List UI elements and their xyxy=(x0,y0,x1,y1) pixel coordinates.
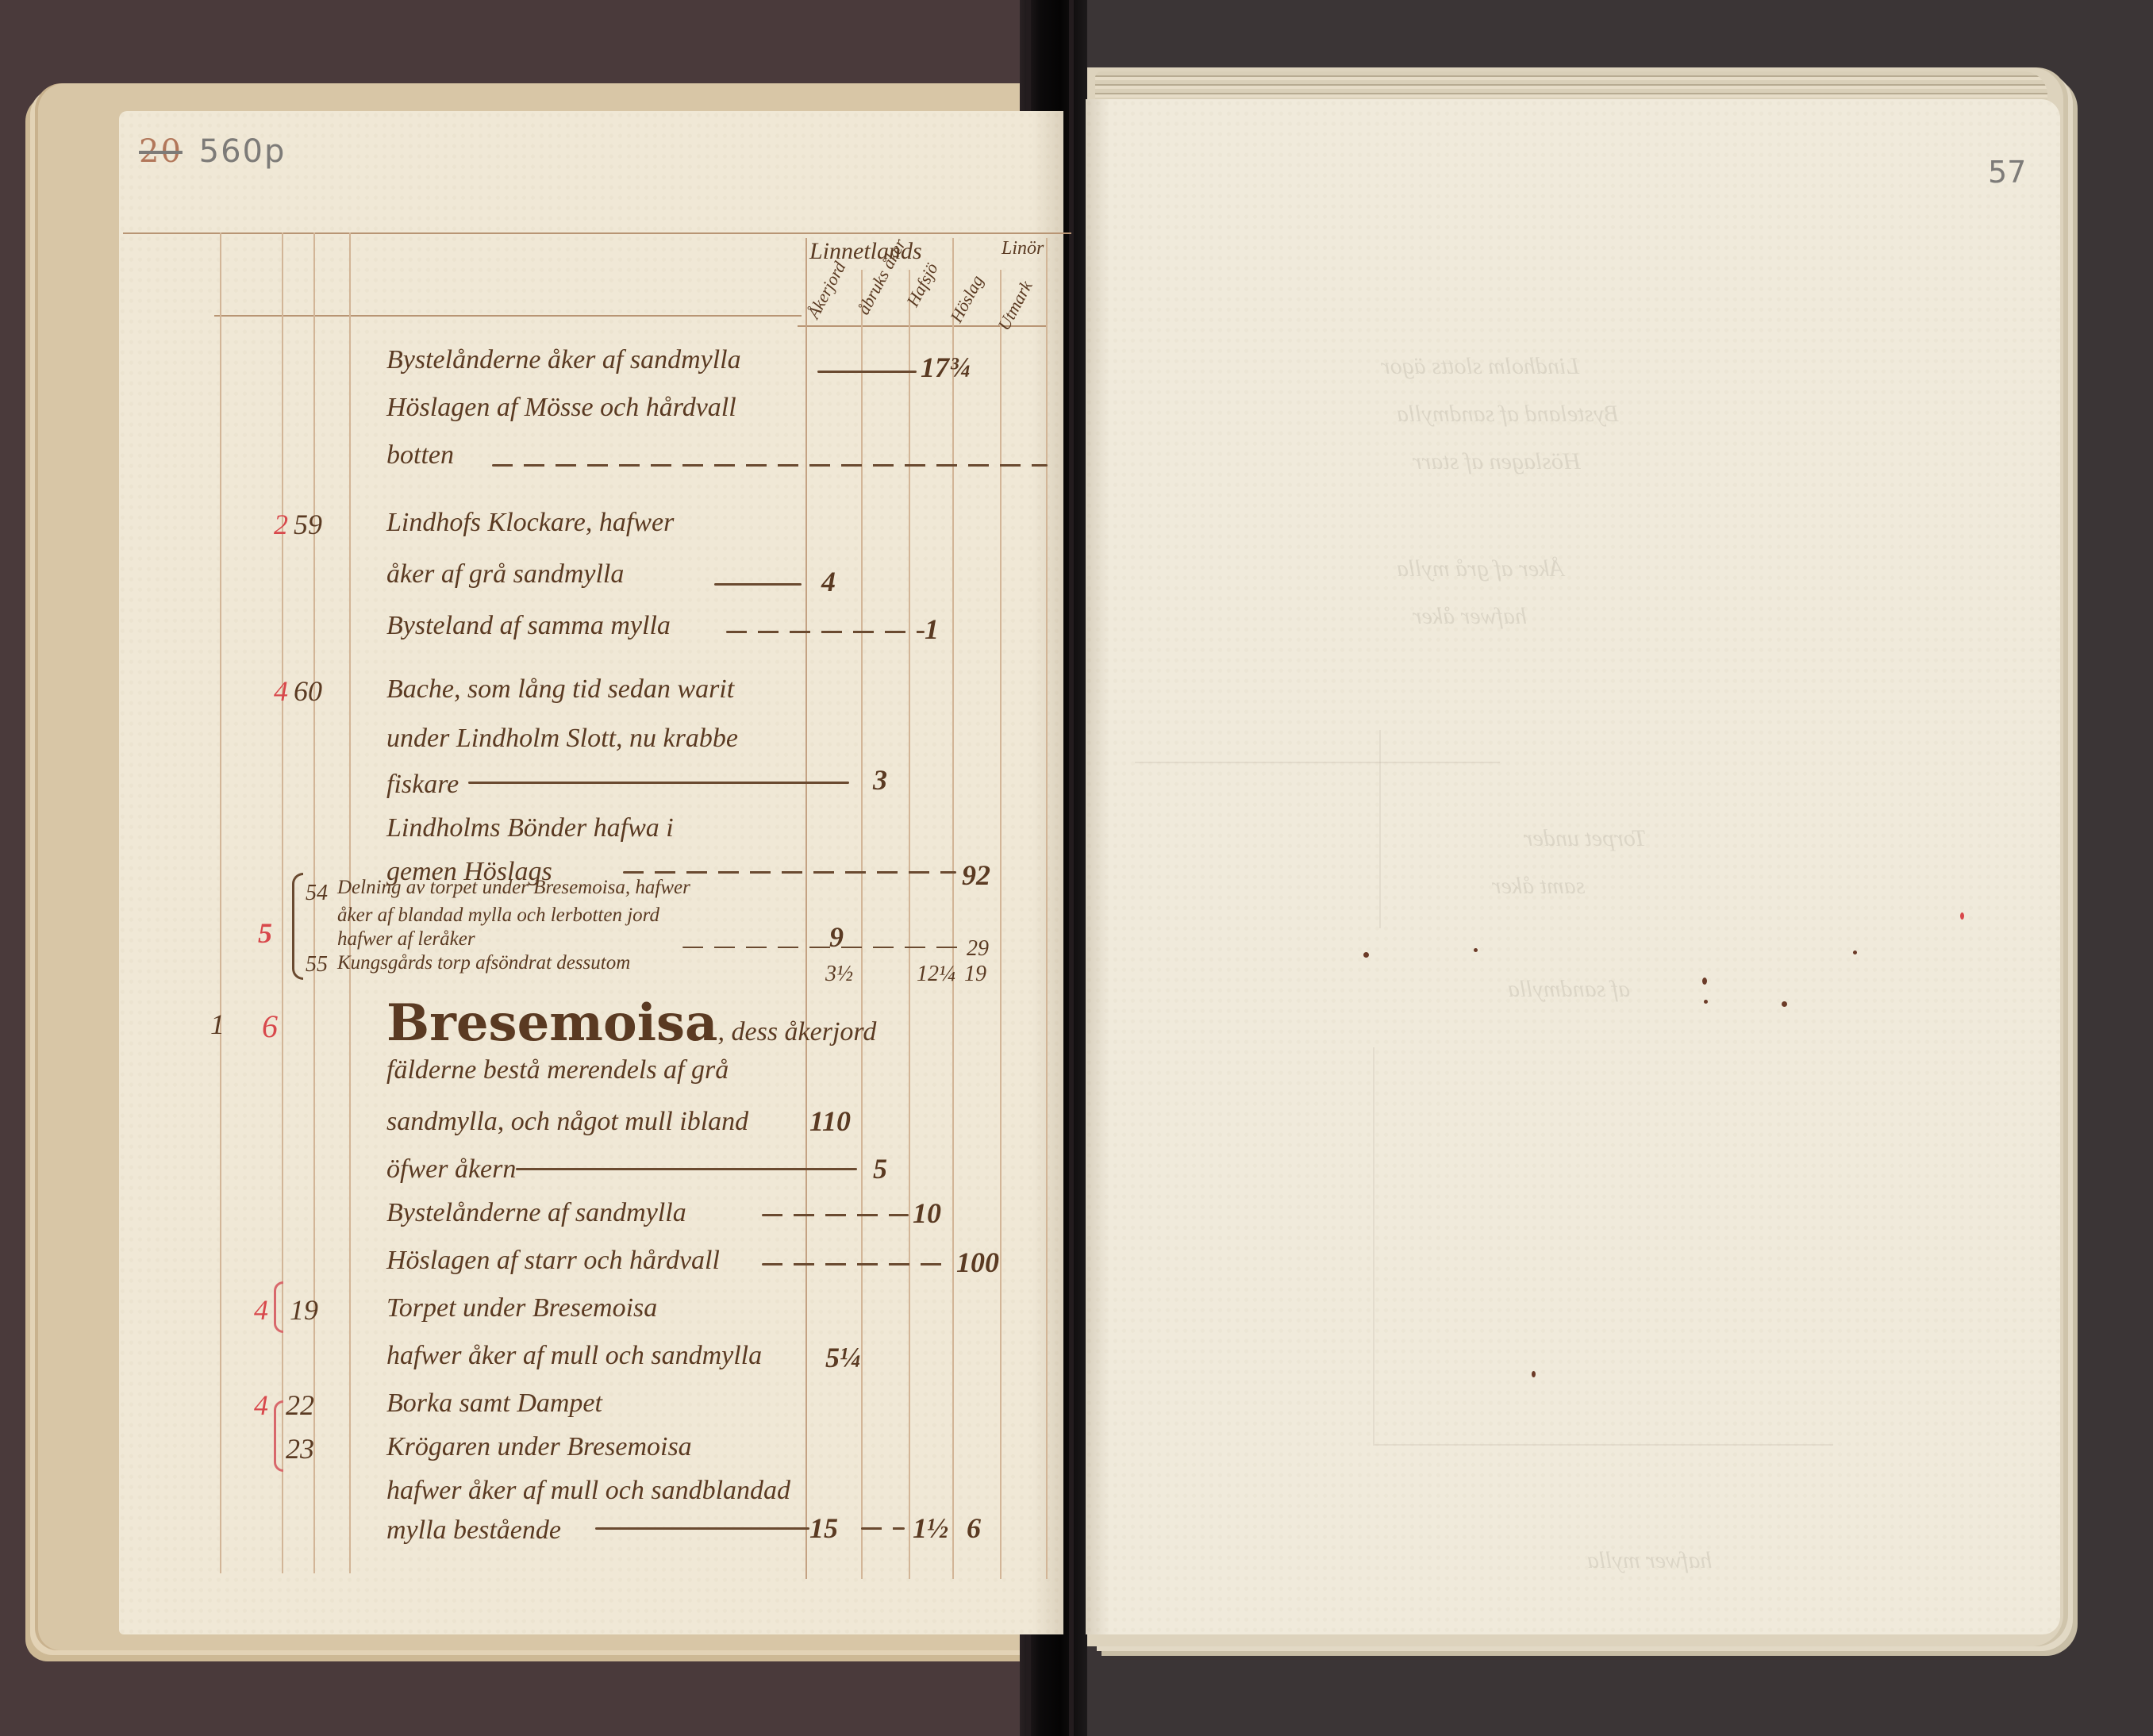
entry-line: under Lindholm Slott, nu krabbe xyxy=(386,724,738,754)
entry-line: Höslagen af Mösse och hårdvall xyxy=(386,393,736,423)
margin-ref-red: 5 xyxy=(258,916,272,950)
margin-ref-red: 4 xyxy=(274,674,288,708)
margin-col-4 xyxy=(349,232,351,1573)
bleed-through-text: Åker af grå mylla xyxy=(1397,555,1564,582)
bleed-through-rule xyxy=(1135,762,1500,763)
grouping-bracket xyxy=(292,873,303,980)
entry-line: Borka samt Dampet xyxy=(386,1388,602,1419)
entry-line: Delning av torpet under Bresemoisa, hafw… xyxy=(337,877,690,899)
value-cell: 5 xyxy=(873,1152,887,1185)
struck-folio: 20 xyxy=(139,133,183,170)
value-cell: 3½ xyxy=(825,962,853,987)
value-cell: 92 xyxy=(962,858,990,892)
leader-line xyxy=(861,1527,905,1530)
leader-line xyxy=(762,1214,909,1216)
entry-line: fiskare xyxy=(386,770,459,800)
bleed-through-text: hafwer mylla xyxy=(1587,1547,1713,1574)
leader-line xyxy=(468,782,849,784)
header-rule-lower xyxy=(214,315,802,317)
bleed-through-text: Höslagen af starr xyxy=(1413,448,1581,475)
right-page-stack-edge xyxy=(1095,71,2047,100)
leader-line xyxy=(817,371,917,373)
entry-line: fälderne bestå merendels af grå xyxy=(386,1055,729,1085)
margin-parcel-number: 54 xyxy=(306,881,328,906)
bleed-through-text: hafwer åker xyxy=(1413,603,1527,630)
ink-speck xyxy=(1532,1371,1536,1377)
entry-line: Bysteland af samma mylla xyxy=(386,611,671,641)
entry-line: åker af blandad mylla och lerbotten jord xyxy=(337,904,659,927)
ink-speck xyxy=(1782,1001,1787,1007)
entry-line: Bystelånderne af sandmylla xyxy=(386,1198,686,1228)
margin-parcel-number: 60 xyxy=(294,674,322,708)
bleed-through-text: Bysteland af sandmylla xyxy=(1397,401,1619,428)
margin-parcel-number: 22 xyxy=(286,1388,314,1422)
value-col-1 xyxy=(805,238,807,1579)
bleed-through-text: samt åker xyxy=(1492,873,1585,900)
entry-line: , dess åkerjord xyxy=(718,1017,877,1047)
leader-line xyxy=(714,583,802,586)
margin-ref: 1 xyxy=(210,1008,225,1041)
value-col-4 xyxy=(952,238,954,1579)
ink-speck xyxy=(1853,951,1857,954)
entry-line: Lindhofs Klockare, hafwer xyxy=(386,508,674,538)
grouping-bracket xyxy=(274,1400,283,1472)
entry-line: Torpet under Bresemoisa xyxy=(386,1293,657,1323)
ink-speck xyxy=(1702,977,1707,985)
margin-ref-red: 2 xyxy=(274,508,288,541)
left-folio-number: 20 560p xyxy=(139,133,286,170)
entry-line: Bystelånderne åker af sandmylla xyxy=(386,345,741,375)
right-folio-number: 57 xyxy=(1988,155,2026,190)
margin-parcel-number: 59 xyxy=(294,508,322,541)
bleed-through-text: Torpet under xyxy=(1524,825,1647,852)
bleed-through-text: af sandmylla xyxy=(1508,976,1630,1003)
value-cell: 3 xyxy=(873,763,887,797)
value-cell: 29 xyxy=(967,936,989,962)
leader-line xyxy=(726,631,925,633)
entry-line: åker af grå sandmylla xyxy=(386,559,624,590)
entry-line: hafwer åker af mull och sandblandad xyxy=(386,1476,790,1506)
value-cell: 9 xyxy=(829,920,844,954)
grouping-bracket xyxy=(274,1281,283,1333)
margin-col-2 xyxy=(282,232,283,1573)
margin-parcel-number: 19 xyxy=(290,1293,318,1327)
entry-line: hafwer åker af mull och sandmylla xyxy=(386,1341,762,1371)
leader-line xyxy=(492,464,1048,467)
right-page xyxy=(1086,99,2060,1634)
value-cell: 17¾ xyxy=(921,351,971,384)
value-cell: 5¼ xyxy=(825,1341,861,1374)
pencil-folio: 560p xyxy=(199,133,286,170)
value-cell: 15 xyxy=(809,1511,838,1545)
estate-name: Bresemoisa xyxy=(386,993,718,1053)
value-cell: 10 xyxy=(913,1196,941,1230)
bleed-through-rule xyxy=(1379,730,1381,928)
leader-line xyxy=(762,1263,952,1266)
ink-speck xyxy=(1363,952,1369,958)
leader-line xyxy=(623,871,956,874)
value-cell: 100 xyxy=(956,1246,999,1279)
estate-heading: Bresemoisa, dess åkerjord xyxy=(386,993,876,1053)
bleed-through-rule xyxy=(1373,1444,1833,1446)
value-cell: 110 xyxy=(809,1104,851,1138)
margin-col-1 xyxy=(220,232,221,1573)
entry-line: Krögaren under Bresemoisa xyxy=(386,1432,692,1462)
bleed-through-text: Lindholm slotts ägor xyxy=(1381,353,1579,380)
value-cell: 6 xyxy=(967,1511,981,1545)
entry-line: Lindholms Bönder hafwa i xyxy=(386,813,674,843)
leader-line xyxy=(516,1168,857,1170)
ink-speck xyxy=(1474,948,1478,952)
margin-parcel-number-red: 6 xyxy=(262,1008,278,1045)
margin-parcel-number: 55 xyxy=(306,952,328,977)
value-cell: 1½ xyxy=(913,1511,948,1545)
entry-line: botten xyxy=(386,440,454,470)
entry-line: öfwer åkern xyxy=(386,1154,516,1185)
value-cell: 4 xyxy=(821,565,836,598)
ink-speck red xyxy=(1960,912,1964,920)
ink-speck xyxy=(1704,1000,1708,1004)
entry-line: sandmylla, och något mull ibland xyxy=(386,1107,748,1137)
leader-line xyxy=(595,1527,809,1530)
entry-line: hafwer af leråker xyxy=(337,928,475,951)
entry-line: mylla bestående xyxy=(386,1515,561,1546)
margin-parcel-number: 23 xyxy=(286,1432,314,1465)
margin-ref-red: 4 xyxy=(254,1293,268,1327)
column-group-linor: Linör xyxy=(1002,238,1044,259)
leader-line xyxy=(682,947,968,948)
header-rule xyxy=(123,232,1071,234)
value-cell: 12¼ xyxy=(917,962,955,987)
entry-line: Bache, som lång tid sedan warit xyxy=(386,674,734,705)
entry-line: Kungsgårds torp afsöndrat dessutom xyxy=(337,952,630,974)
margin-ref-red: 4 xyxy=(254,1388,268,1422)
entry-line: Höslagen af starr och hårdvall xyxy=(386,1246,720,1276)
value-cell: 19 xyxy=(964,962,986,987)
bleed-through-rule xyxy=(1373,1047,1374,1444)
value-cell: 1 xyxy=(925,613,939,646)
value-col-6 xyxy=(1046,238,1048,1579)
